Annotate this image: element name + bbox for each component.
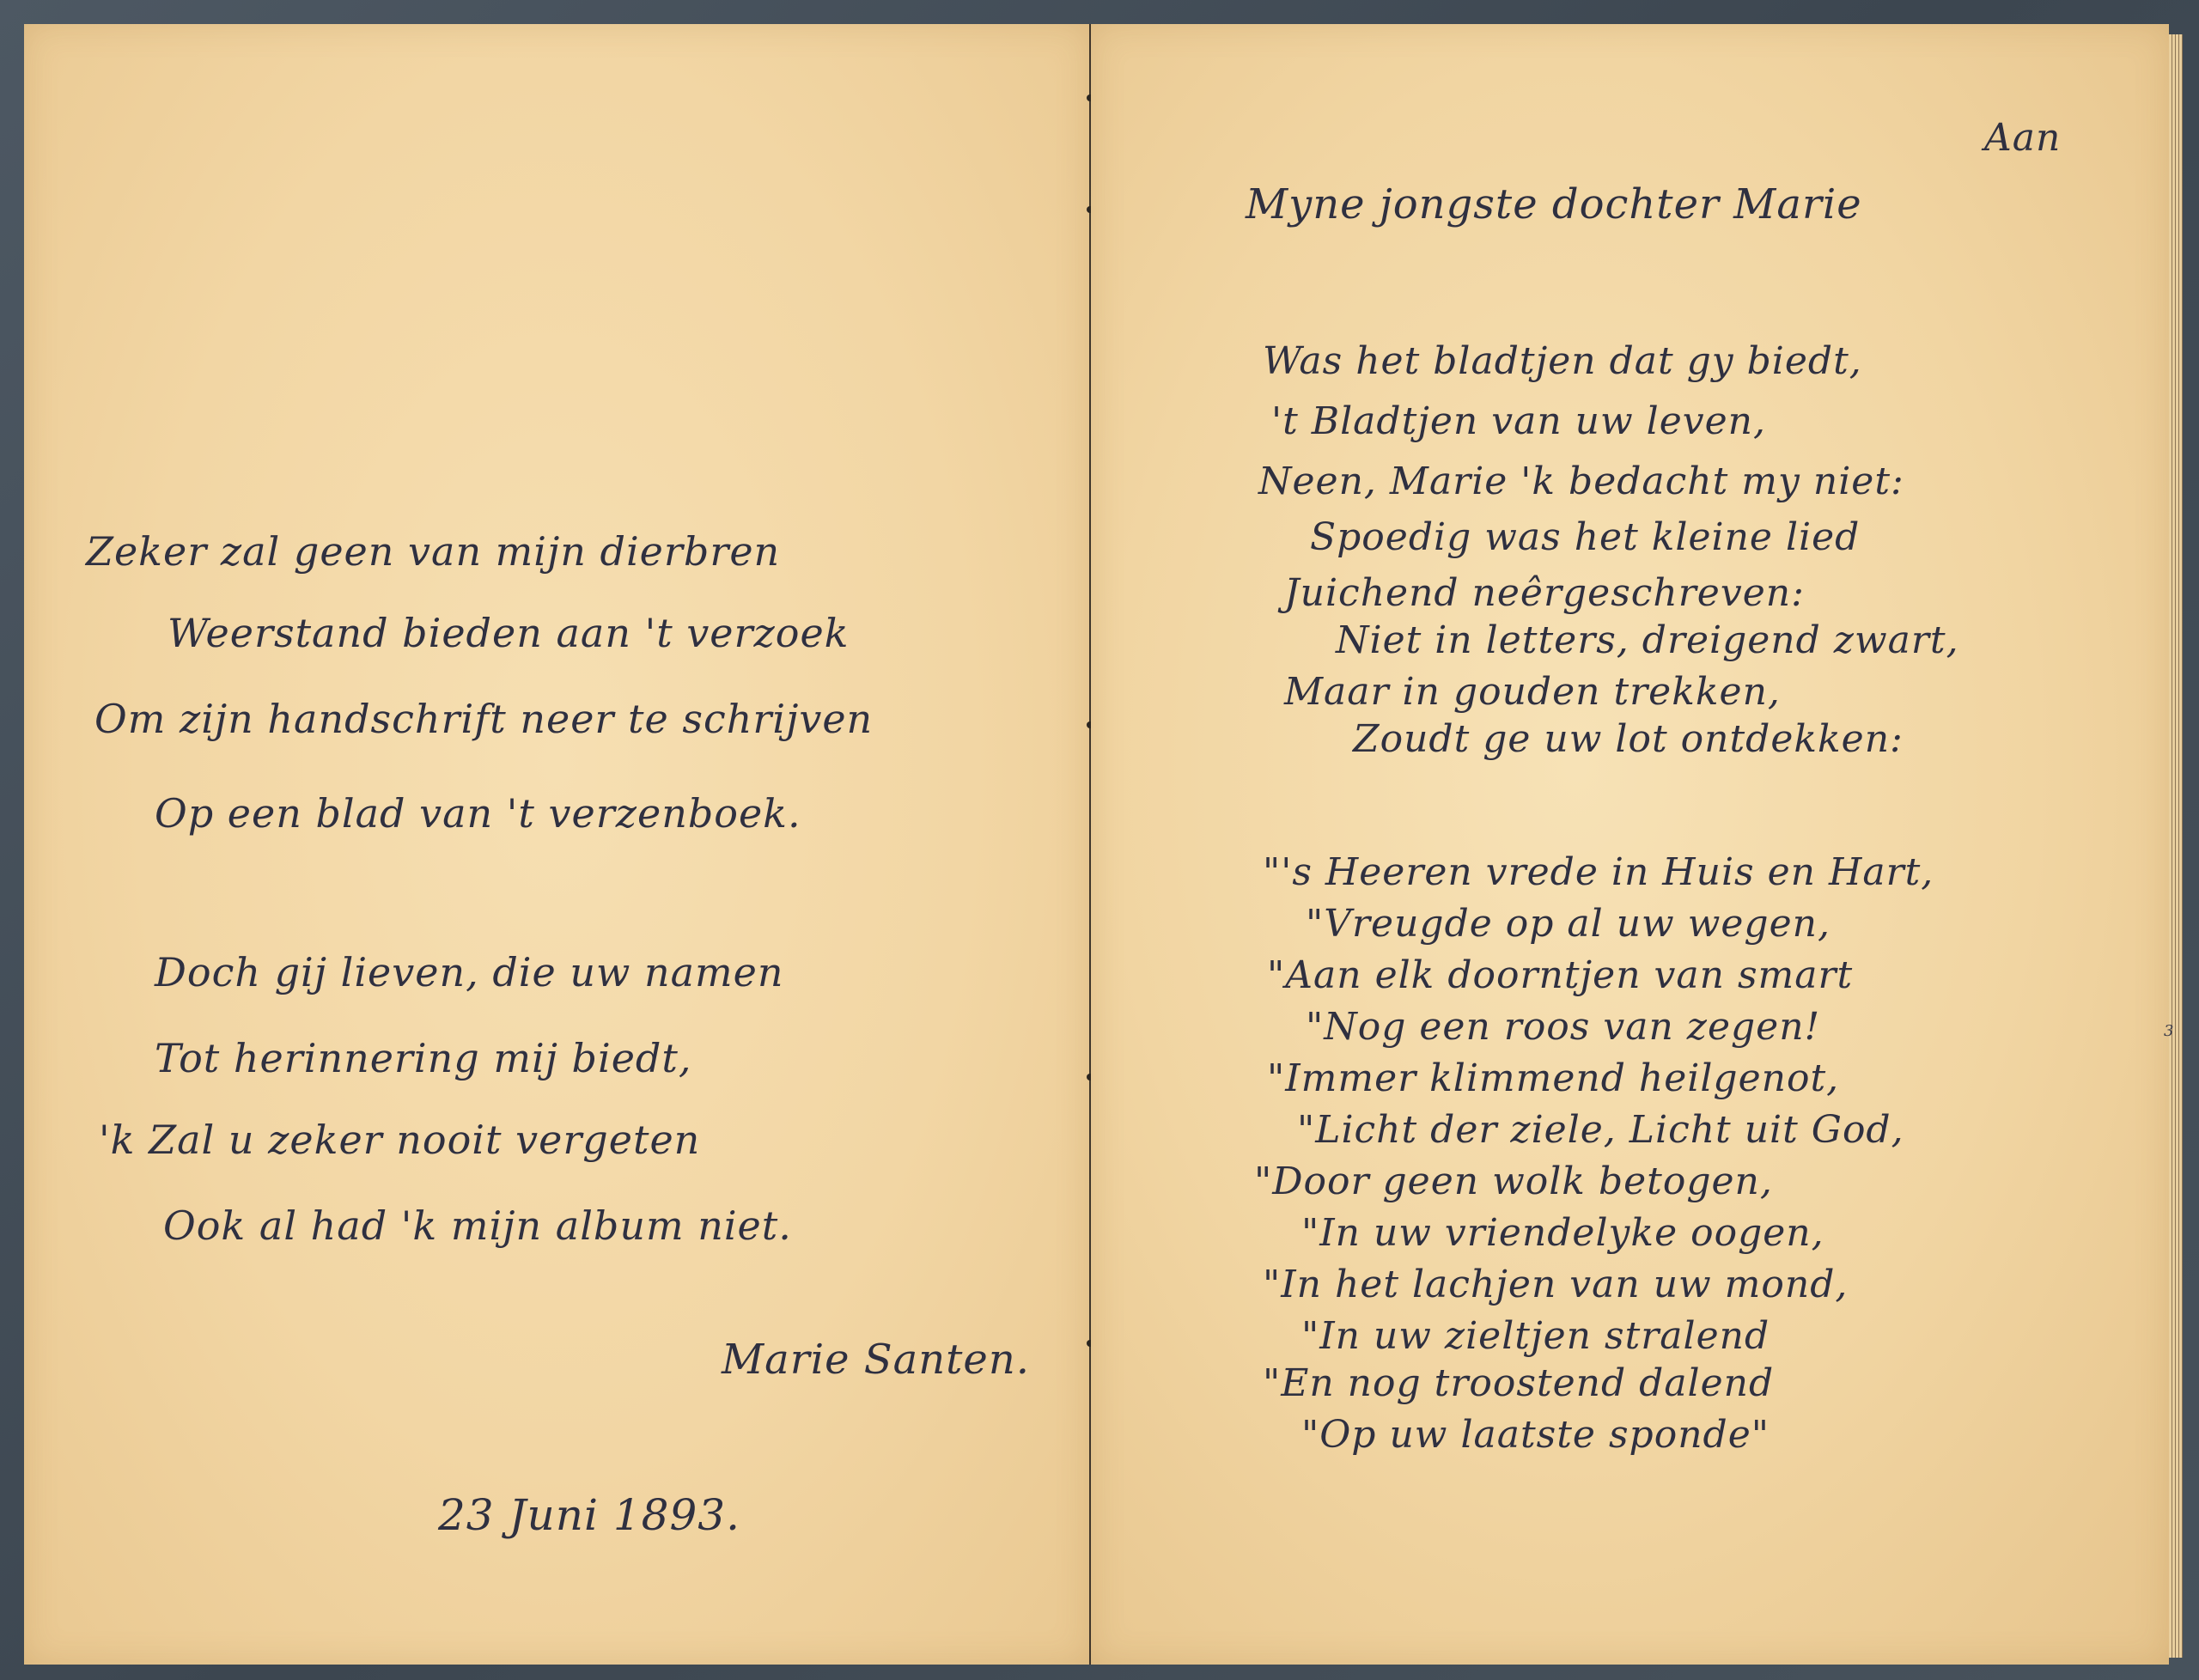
poem-line: "In uw zieltjen stralend bbox=[1301, 1314, 1770, 1358]
date: 23 Juni 1893. bbox=[438, 1490, 740, 1540]
poem-line: Zoudt ge uw lot ontdekken: bbox=[1353, 717, 1904, 761]
poem-line: Niet in letters, dreigend zwart, bbox=[1336, 618, 1959, 662]
poem-line: "In het lachjen van uw mond, bbox=[1263, 1263, 1848, 1306]
poem-line: Weerstand bieden aan 't verzoek bbox=[168, 610, 850, 656]
poem-line: "Licht der ziele, Licht uit God, bbox=[1297, 1108, 1904, 1152]
poem-line: 't Bladtjen van uw leven, bbox=[1271, 399, 1766, 443]
poem-line: Juichend neêrgeschreven: bbox=[1284, 571, 1805, 615]
signature: Marie Santen. bbox=[722, 1336, 1030, 1384]
poem-line: Om zijn handschrift neer te schrijven bbox=[94, 696, 873, 742]
poem-line: "En nog troostend dalend bbox=[1263, 1361, 1774, 1405]
salutation: Aan bbox=[1984, 116, 2061, 160]
poem-line: Zeker zal geen van mijn dierbren bbox=[86, 528, 780, 575]
poem-line: "'s Heeren vrede in Huis en Hart, bbox=[1263, 850, 1934, 894]
poem-line: 'k Zal u zeker nooit vergeten bbox=[99, 1117, 700, 1163]
poem-line: Spoedig was het kleine lied bbox=[1310, 515, 1860, 559]
poem-line: "Vreugde op al uw wegen, bbox=[1306, 902, 1830, 946]
poem-line: "Door geen wolk betogen, bbox=[1254, 1160, 1773, 1203]
poem-line: "Nog een roos van zegen! bbox=[1306, 1005, 1820, 1049]
poem-line: Maar in gouden trekken, bbox=[1284, 670, 1781, 714]
poem-line: "Aan elk doorntjen van smart bbox=[1267, 953, 1853, 997]
poem-line: Ook al had 'k mijn album niet. bbox=[163, 1202, 792, 1249]
poem-line: Was het bladtjen dat gy biedt, bbox=[1263, 339, 1862, 383]
poem-line: Neen, Marie 'k bedacht my niet: bbox=[1258, 460, 1904, 503]
poem-line: "Op uw laatste sponde" bbox=[1301, 1413, 1770, 1457]
poem-line: Tot herinnering mij biedt, bbox=[155, 1035, 691, 1081]
poem-line: Op een blad van 't verzenboek. bbox=[155, 790, 801, 837]
dedication-title: Myne jongste dochter Marie bbox=[1246, 180, 1862, 228]
page-edges bbox=[2169, 34, 2183, 1658]
left-page bbox=[24, 24, 1091, 1665]
poem-line: "In uw vriendelyke oogen, bbox=[1301, 1211, 1824, 1255]
poem-line: "Immer klimmend heilgenot, bbox=[1267, 1056, 1839, 1100]
poem-line: Doch gij lieven, die uw namen bbox=[155, 949, 784, 995]
edge-page-number: 3 bbox=[2164, 1022, 2173, 1040]
